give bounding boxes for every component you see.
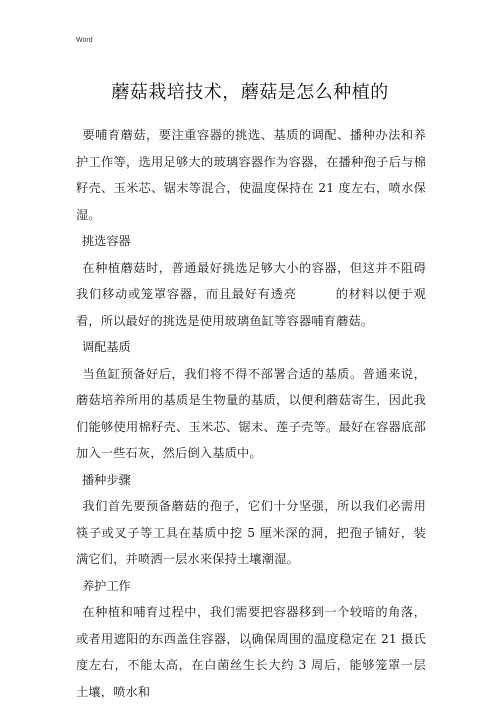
paragraph-text: 当鱼缸预备好后，我们将不得不部署合适的基质。普通来说，蘑菇培养所用的基质是生物量… [76, 367, 426, 461]
section-heading-care: 养护工作 [76, 573, 426, 600]
document-body: 要哺育蘑菇，要注重容器的挑选、基质的调配、播种办法和养护工作等，选用足够大的玻璃… [76, 122, 426, 705]
paragraph-text: 在种植蘑菇时，普通最好挑选足够大小的容器，但这并不阻碍我们移动或笼罩容器，而且最… [76, 261, 426, 328]
paragraph-container: 在种植蘑菇时，普通最好挑选足够大小的容器，但这并不阻碍我们移动或笼罩容器，而且最… [76, 255, 426, 335]
paragraph-text: 要哺育蘑菇，要注重容器的挑选、基质的调配、播种办法和养护工作等，选用足够大的玻璃… [76, 128, 426, 222]
paragraph-sowing: 我们首先要预备蘑菇的孢子，它们十分坚强，所以我们必需用筷子或叉子等工具在基质中挖… [76, 493, 426, 573]
page-number: - 1 - [0, 644, 500, 650]
paragraph-intro: 要哺育蘑菇，要注重容器的挑选、基质的调配、播种办法和养护工作等，选用足够大的玻璃… [76, 122, 426, 228]
document-title: 蘑菇栽培技术，蘑菇是怎么种植的 [0, 78, 500, 104]
paragraph-care: 在种植和哺育过程中，我们需要把容器移到一个较暗的角落，或者用遮阳的东西盖住容器，… [76, 599, 426, 705]
paragraph-text: 我们首先要预备蘑菇的孢子，它们十分坚强，所以我们必需用筷子或叉子等工具在基质中挖… [76, 499, 426, 566]
section-heading-container: 挑选容器 [76, 228, 426, 255]
section-heading-sowing: 播种步骤 [76, 467, 426, 494]
paragraph-substrate: 当鱼缸预备好后，我们将不得不部署合适的基质。普通来说，蘑菇培养所用的基质是生物量… [76, 361, 426, 467]
header-app-label: Word [76, 37, 93, 44]
section-heading-substrate: 调配基质 [76, 334, 426, 361]
paragraph-text: 在种植和哺育过程中，我们需要把容器移到一个较暗的角落，或者用遮阳的东西盖住容器，… [76, 605, 426, 699]
